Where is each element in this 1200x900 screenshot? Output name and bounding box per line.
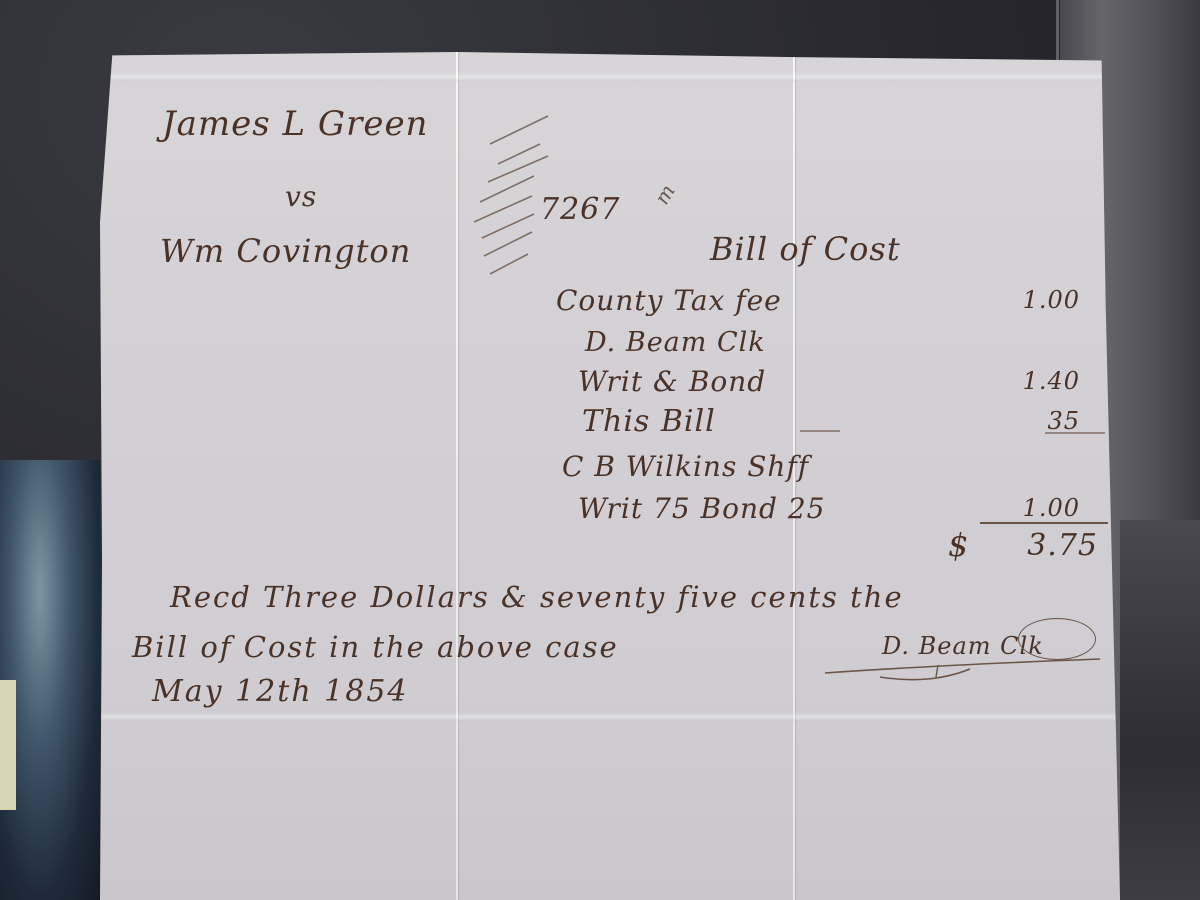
short-rule bbox=[1045, 432, 1105, 434]
receipt-date: May 12th 1854 bbox=[152, 674, 409, 709]
paper-crease bbox=[100, 712, 1120, 722]
line-item-label: D. Beam Clk bbox=[585, 327, 766, 358]
short-rule bbox=[800, 430, 840, 432]
receipt-text-line1: Recd Three Dollars & seventy five cents … bbox=[170, 580, 904, 614]
line-item-label: Writ & Bond bbox=[578, 365, 766, 398]
signature-flourish-oval bbox=[1018, 618, 1096, 660]
docket-number: 7267 bbox=[540, 192, 620, 227]
line-item-label: County Tax fee bbox=[556, 284, 782, 317]
document-paper: James L Green vs Wm Covington 7267 m Bil… bbox=[100, 52, 1120, 900]
paper-crease bbox=[100, 72, 1120, 82]
background-photo-label bbox=[0, 680, 16, 810]
line-item-amount: 1.40 bbox=[940, 367, 1080, 395]
signature-underline-flourish bbox=[820, 657, 1110, 687]
defendant-name: Wm Covington bbox=[160, 232, 411, 270]
line-item-label: Writ 75 Bond 25 bbox=[578, 492, 825, 525]
hatch-marks bbox=[470, 114, 550, 284]
docket-suffix: m bbox=[650, 179, 681, 208]
line-item-label: C B Wilkins Shff bbox=[562, 450, 809, 483]
total-amount: 3.75 bbox=[958, 528, 1098, 563]
line-item-amount: 1.00 bbox=[940, 286, 1080, 314]
line-item-amount: 35 bbox=[940, 407, 1080, 435]
line-item-amount: 1.00 bbox=[940, 494, 1080, 522]
total-rule bbox=[980, 522, 1108, 524]
bill-heading: Bill of Cost bbox=[710, 230, 901, 268]
versus-label: vs bbox=[285, 180, 317, 213]
fold-line-left bbox=[456, 52, 458, 900]
line-item-label: This Bill bbox=[582, 404, 716, 439]
sleeve-shadow bbox=[1120, 520, 1200, 900]
sleeve-edge bbox=[1056, 0, 1059, 60]
receipt-text-line2: Bill of Cost in the above case bbox=[132, 630, 619, 664]
plaintiff-name: James L Green bbox=[162, 104, 428, 144]
